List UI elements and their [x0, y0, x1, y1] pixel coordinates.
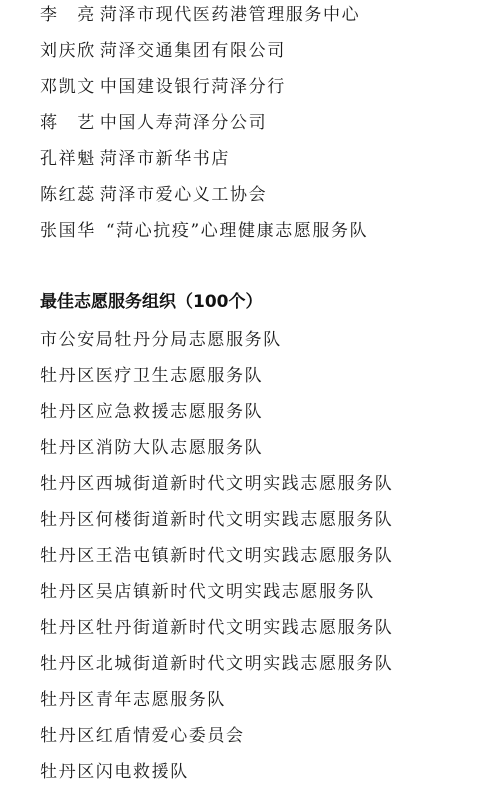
person-name: 陈红蕊: [40, 184, 96, 206]
organization-entry: 牡丹区西城街道新时代文明实践志愿服务队: [40, 473, 393, 495]
organization-entry: 牡丹区吴店镇新时代文明实践志愿服务队: [40, 581, 375, 603]
person-org: 菏泽市新华书店: [100, 149, 230, 169]
person-name: 蒋 艺: [40, 112, 96, 134]
individual-entry: 张国华“菏心抗疫”心理健康志愿服务队: [40, 220, 368, 242]
person-org: 菏泽市爱心义工协会: [100, 185, 267, 205]
individual-entry: 陈红蕊菏泽市爱心义工协会: [40, 184, 267, 206]
organization-entry: 牡丹区应急救援志愿服务队: [40, 401, 263, 423]
person-org: “菏心抗疫”心理健康志愿服务队: [106, 221, 368, 241]
organization-entry: 牡丹区闪电救援队: [40, 761, 189, 783]
person-name: 李 亮: [40, 4, 96, 26]
organization-entry: 牡丹区医疗卫生志愿服务队: [40, 365, 263, 387]
person-name: 刘庆欣: [40, 40, 96, 62]
organization-entry: 牡丹区青年志愿服务队: [40, 689, 226, 711]
person-name: 邓凯文: [40, 76, 96, 98]
organization-entry: 牡丹区王浩屯镇新时代文明实践志愿服务队: [40, 545, 393, 567]
person-org: 中国建设银行菏泽分行: [100, 77, 286, 97]
organization-entry: 牡丹区牡丹街道新时代文明实践志愿服务队: [40, 617, 393, 639]
individual-entry: 李 亮菏泽市现代医药港管理服务中心: [40, 4, 360, 26]
person-name: 孔祥魁: [40, 148, 96, 170]
individual-entry: 刘庆欣菏泽交通集团有限公司: [40, 40, 286, 62]
individual-entry: 蒋 艺中国人寿菏泽分公司: [40, 112, 267, 134]
individual-entry: 孔祥魁菏泽市新华书店: [40, 148, 230, 170]
organization-entry: 市公安局牡丹分局志愿服务队: [40, 329, 282, 351]
person-org: 菏泽市现代医药港管理服务中心: [100, 5, 360, 25]
organization-entry: 牡丹区北城街道新时代文明实践志愿服务队: [40, 653, 393, 675]
individual-entry: 邓凯文中国建设银行菏泽分行: [40, 76, 286, 98]
person-org: 菏泽交通集团有限公司: [100, 41, 286, 61]
person-name: 张国华: [40, 220, 96, 242]
organization-entry: 牡丹区何楼街道新时代文明实践志愿服务队: [40, 509, 393, 531]
organization-entry: 牡丹区消防大队志愿服务队: [40, 437, 263, 459]
person-org: 中国人寿菏泽分公司: [100, 113, 267, 133]
section-heading: 最佳志愿服务组织（100个）: [40, 291, 263, 313]
organization-entry: 牡丹区红盾情爱心委员会: [40, 725, 245, 747]
